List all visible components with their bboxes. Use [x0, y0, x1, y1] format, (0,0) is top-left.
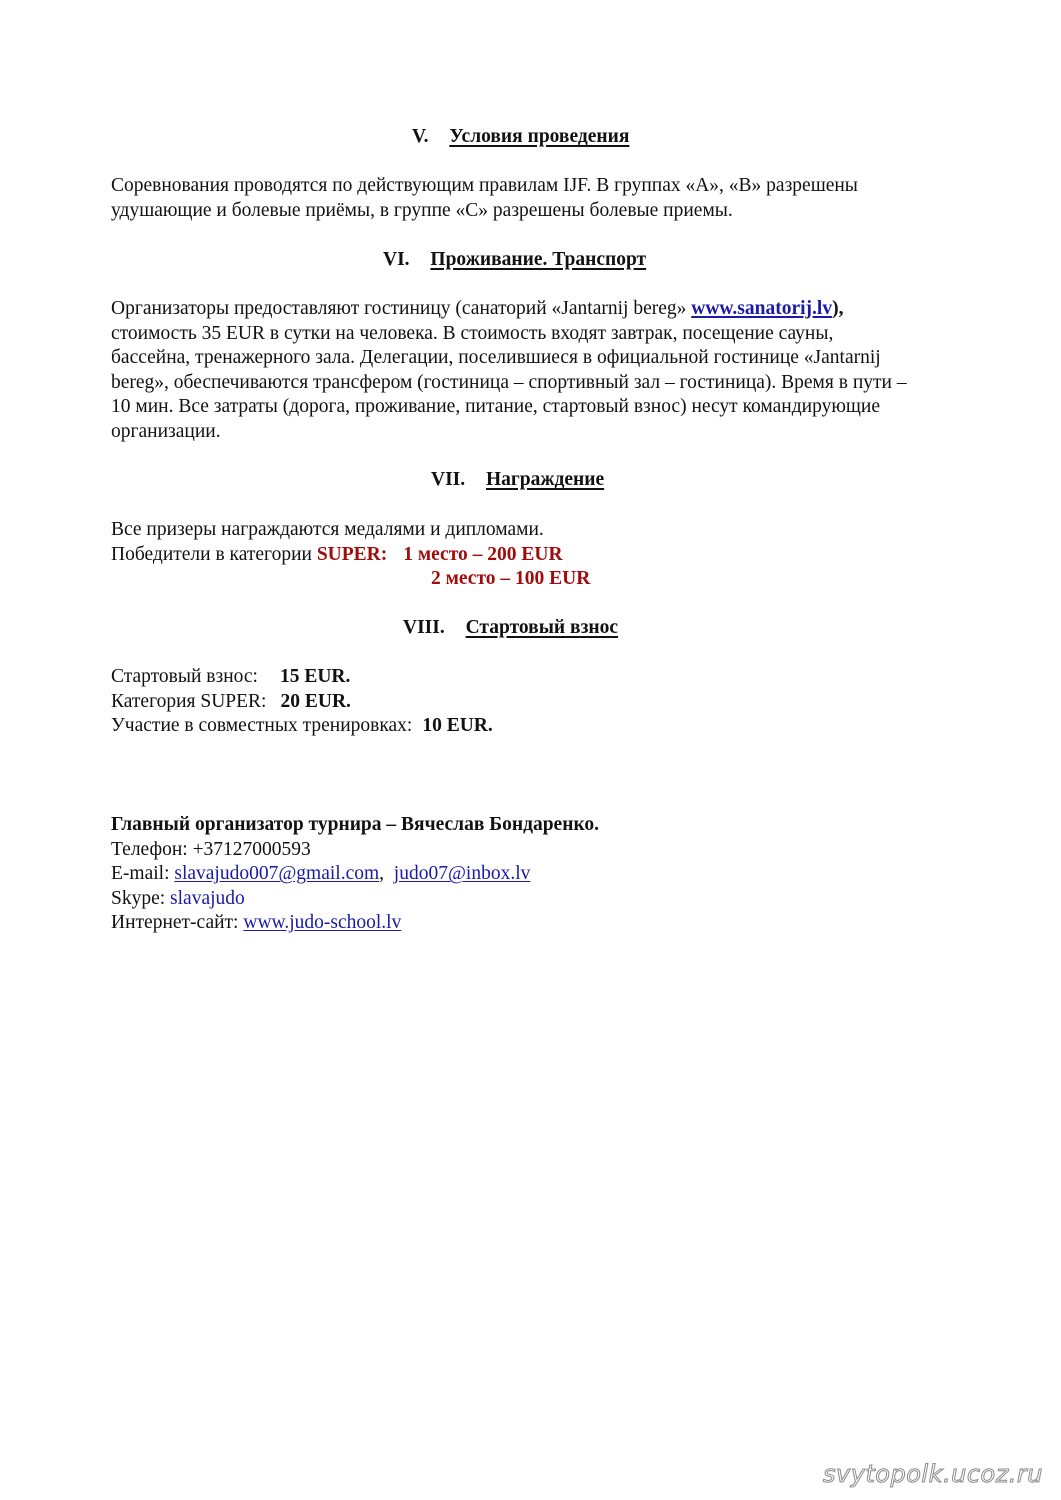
fee-row: Категория SUPER:20 EUR.: [111, 690, 493, 715]
phone-value: +37127000593: [193, 839, 311, 860]
prize-second: 2 место – 100 EUR: [431, 568, 590, 589]
phone-label: Телефон:: [111, 839, 193, 860]
fee-value: 15 EUR.: [280, 666, 350, 687]
winners-line: Победители в категории SUPER:1 место – 2…: [111, 543, 590, 568]
section-v-number: V.: [412, 126, 428, 148]
skype-value: slavajudo: [170, 888, 245, 909]
section-vi-heading: VI. Проживание. Транспорт: [383, 249, 646, 271]
paragraph-line: bereg», обеспечиваются трансфером (гости…: [111, 371, 907, 396]
text: Победители в категории: [111, 544, 317, 565]
paragraph-line: удушающие и болевые приёмы, в группе «С»…: [111, 199, 858, 224]
website-label: Интернет-сайт:: [111, 912, 243, 933]
section-vii-heading: VII. Награждение: [431, 469, 604, 491]
email-label: E-mail:: [111, 863, 174, 884]
fee-value: 20 EUR.: [280, 691, 350, 712]
skype-line: Skype: slavajudo: [111, 887, 599, 912]
fee-label: Участие в совместных тренировках:: [111, 715, 412, 736]
paragraph-line: стоимость 35 EUR в сутки на человека. В …: [111, 322, 907, 347]
email-link-inbox[interactable]: judo07@inbox.lv: [394, 863, 531, 884]
paragraph-line: 10 мин. Все затраты (дорога, проживание,…: [111, 395, 907, 420]
fee-row: Участие в совместных тренировках:10 EUR.: [111, 714, 493, 739]
section-v-title: Условия проведения: [449, 126, 629, 147]
contacts-block: Главный организатор турнира – Вячеслав Б…: [111, 813, 599, 936]
paragraph-line: Все призеры награждаются медалями и дипл…: [111, 518, 590, 543]
super-category: SUPER:: [317, 544, 387, 565]
section-viii-title: Стартовый взнос: [466, 617, 618, 638]
section-vi-title: Проживание. Транспорт: [430, 249, 646, 270]
section-v-paragraph: Соревнования проводятся по действующим п…: [111, 174, 858, 223]
section-vi-number: VI.: [383, 249, 410, 271]
text: ),: [832, 298, 843, 319]
prize-line: 2 место – 100 EUR: [111, 567, 590, 592]
email-link-gmail[interactable]: slavajudo007@gmail.com: [174, 863, 379, 884]
phone-line: Телефон: +37127000593: [111, 838, 599, 863]
section-vii-number: VII.: [431, 469, 465, 491]
email-line: E-mail: slavajudo007@gmail.com, judo07@i…: [111, 862, 599, 887]
fee-value: 10 EUR.: [422, 715, 492, 736]
text: Организаторы предоставляют гостиницу (са…: [111, 298, 691, 319]
paragraph-line: Соревнования проводятся по действующим п…: [111, 174, 858, 199]
fee-label: Категория SUPER:: [111, 691, 266, 712]
sanatorij-link[interactable]: www.sanatorij.lv: [691, 298, 832, 319]
fee-label: Стартовый взнос:: [111, 666, 258, 687]
organizer-name: Главный организатор турнира – Вячеслав Б…: [111, 813, 599, 838]
section-viii-heading: VIII. Стартовый взнос: [403, 617, 618, 639]
section-v-heading: V. Условия проведения: [412, 126, 629, 148]
section-viii-number: VIII.: [403, 617, 445, 639]
website-line: Интернет-сайт: www.judo-school.lv: [111, 911, 599, 936]
fee-row: Стартовый взнос:15 EUR.: [111, 665, 493, 690]
section-viii-fees: Стартовый взнос:15 EUR. Категория SUPER:…: [111, 665, 493, 739]
watermark: svytopolk.ucoz.ru: [823, 1460, 1043, 1488]
paragraph-line: Организаторы предоставляют гостиницу (са…: [111, 297, 907, 322]
section-vii-title: Награждение: [486, 469, 604, 490]
prize-first: 1 место – 200 EUR: [403, 544, 562, 565]
skype-label: Skype:: [111, 888, 170, 909]
website-link[interactable]: www.judo-school.lv: [243, 912, 401, 933]
section-vi-paragraph: Организаторы предоставляют гостиницу (са…: [111, 297, 907, 445]
section-vii-paragraph: Все призеры награждаются медалями и дипл…: [111, 518, 590, 592]
paragraph-line: бассейна, тренажерного зала. Делегации, …: [111, 346, 907, 371]
separator: ,: [379, 863, 394, 884]
paragraph-line: организации.: [111, 420, 907, 445]
